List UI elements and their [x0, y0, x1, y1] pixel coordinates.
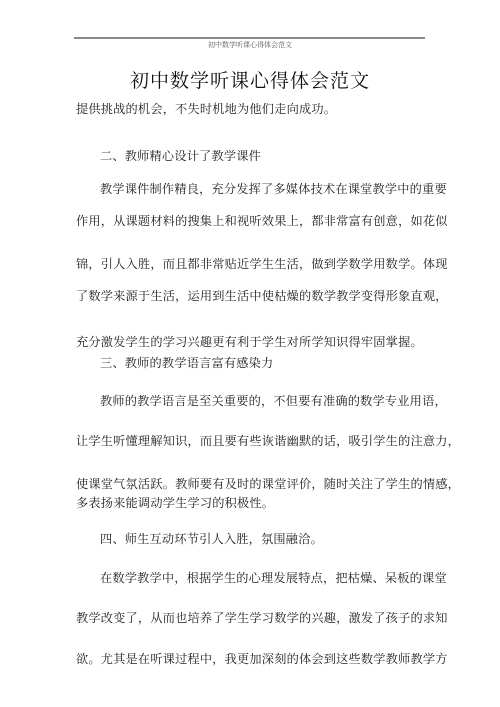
paragraph-line: 教学改变了，从而也培养了学生学习数学的兴趣，激发了孩子的求知: [76, 609, 448, 626]
section-heading-4: 四、师生互动环节引人入胜，氛围融洽。: [100, 530, 323, 547]
paragraph-line: 作用，从课题材料的搜集上和视听效果上，都非常富有创意，如花似: [76, 212, 448, 229]
paragraph-line: 多表扬来能调动学生学习的积极性。: [76, 494, 274, 511]
running-header: 初中数学听课心得体会范文: [0, 40, 500, 50]
section-heading-3: 三、教师的教学语言富有感染力: [100, 354, 273, 371]
paragraph-line: 在数学教学中，根据学生的心理发展特点，把枯燥、呆板的课堂: [100, 569, 447, 586]
paragraph-line: 教师的教学语言是至关重要的，不但要有准确的数学专业用语，: [100, 392, 447, 409]
document-title: 初中数学听课心得体会范文: [0, 66, 500, 93]
paragraph-line: 了数学来源于生活，运用到生活中使枯燥的数学教学变得形象直观，: [76, 287, 448, 304]
header-divider: [74, 37, 425, 39]
paragraph-line: 使课堂气氛活跃。教师要有及时的课堂评价，随时关注了学生的情感，: [76, 475, 460, 492]
paragraph-line: 充分激发学生的学习兴趣更有利于学生对所学知识得牢固掌握。: [76, 333, 423, 350]
paragraph-line: 锦，引人入胜，而且都非常贴近学生生活，做到学数学用数学。体现: [76, 255, 448, 272]
paragraph-line: 教学课件制作精良，充分发挥了多媒体技术在课堂教学中的重要: [100, 180, 447, 197]
paragraph-line: 提供挑战的机会，不失时机地为他们走向成功。: [76, 100, 336, 117]
paragraph-line: 让学生听懂理解知识，而且要有些诙谐幽默的话，吸引学生的注意力，: [76, 432, 460, 449]
section-heading-2: 二、教师精心设计了教学课件: [100, 147, 261, 164]
paragraph-line: 欲。尤其是在听课过程中，我更加深刻的体会到这些数学教师教学方: [76, 650, 448, 667]
